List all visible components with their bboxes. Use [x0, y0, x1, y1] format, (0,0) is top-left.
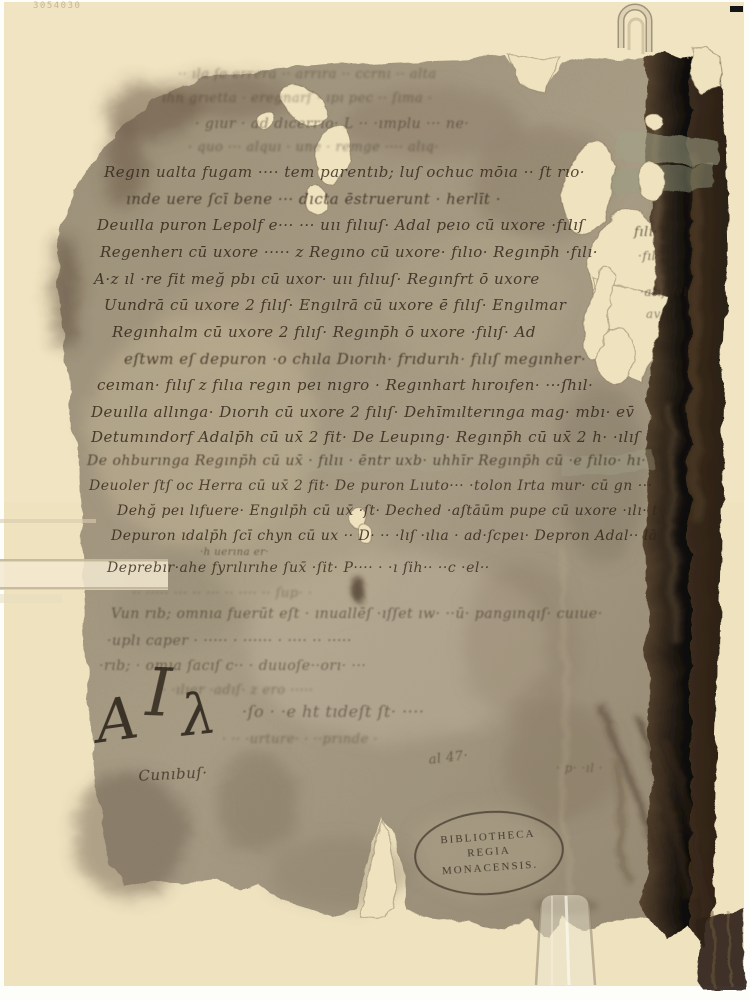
photo-frame: 3054030 ·· ıla ſe errera ·· arrıra ·· cc…	[0, 0, 750, 1000]
stamp-line-3: MONACENSIS.	[442, 857, 539, 879]
pen-trial-letter: λ	[178, 686, 219, 745]
pen-trial-letter: I	[145, 660, 173, 727]
pen-trial-letter: A	[92, 688, 142, 751]
pen-trials-layer: AIλ	[0, 0, 750, 1000]
